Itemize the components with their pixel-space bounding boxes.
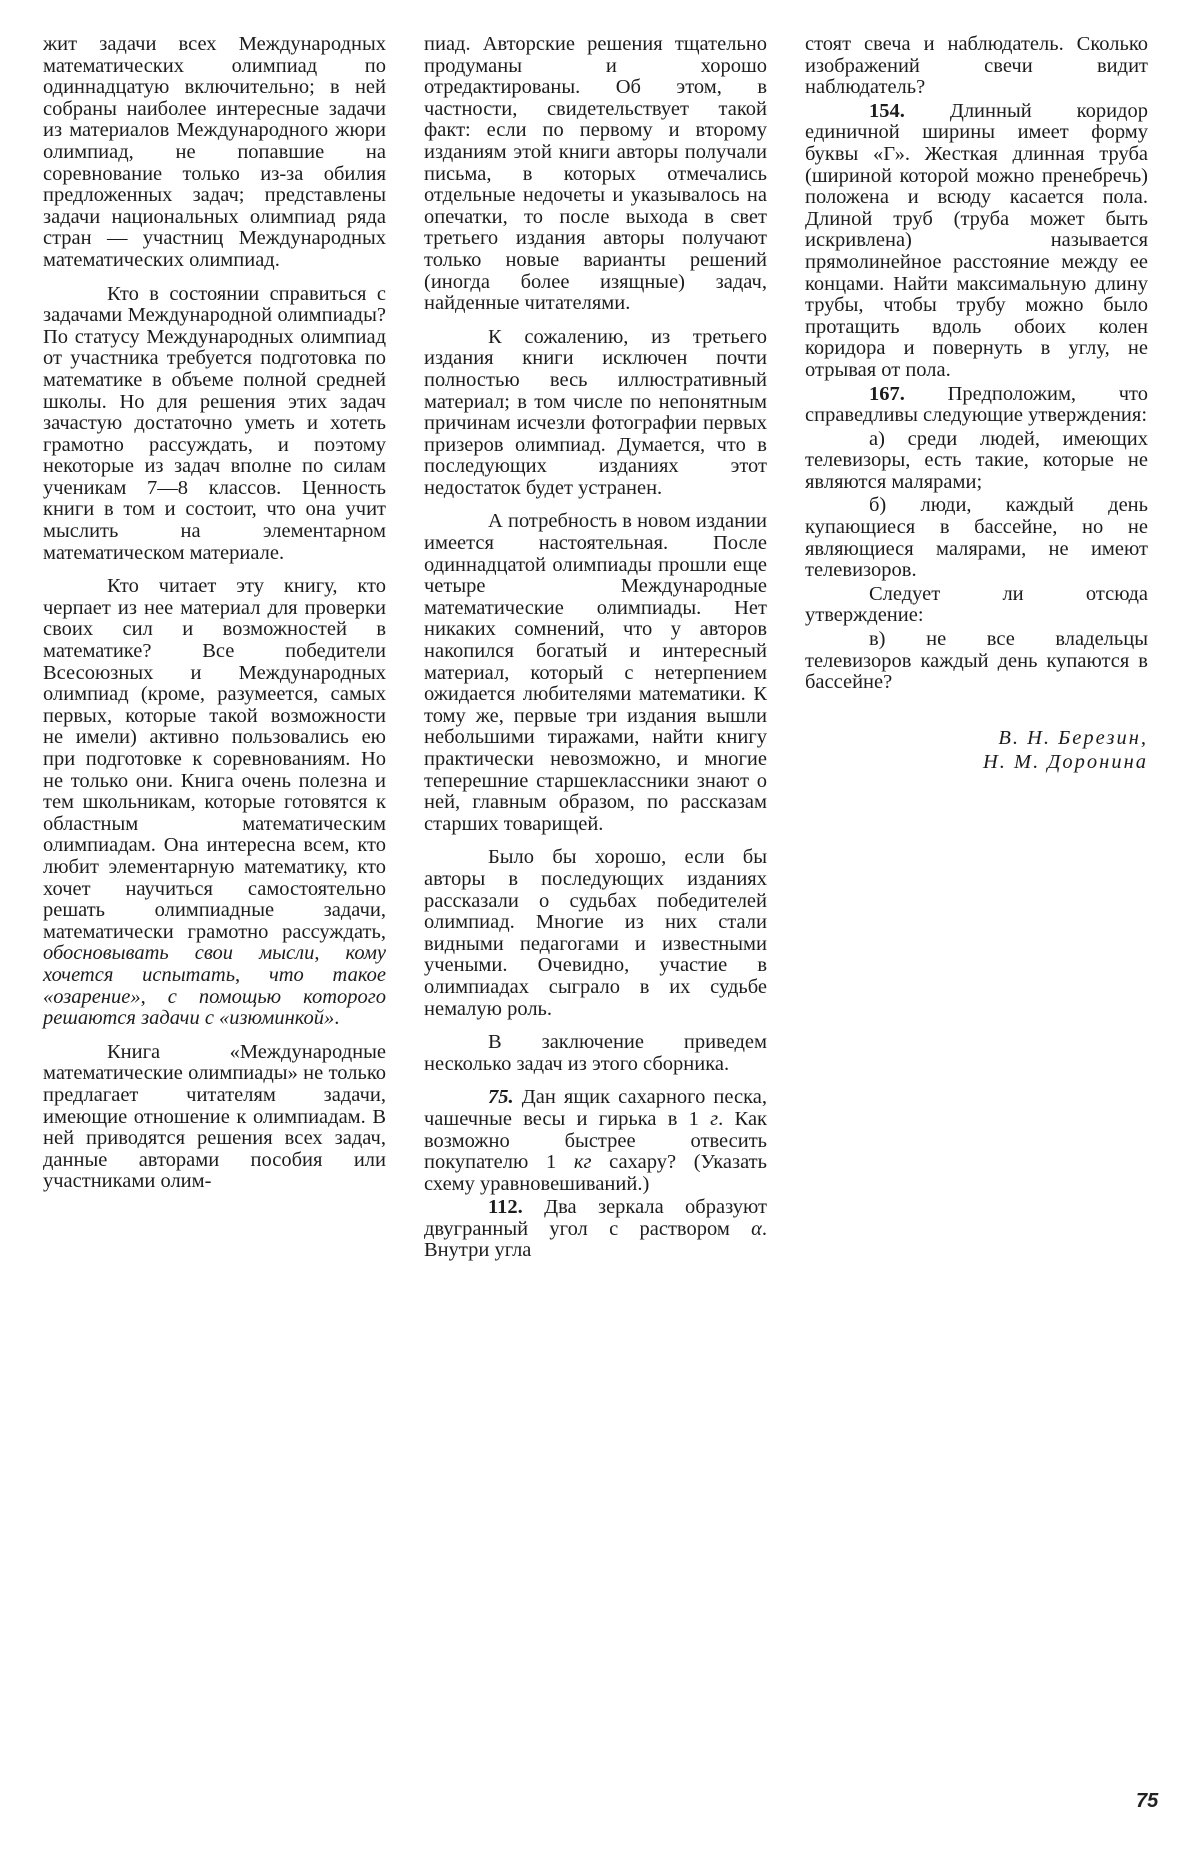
angle-variable: α [751, 1218, 762, 1240]
author-signature: В. Н. Березин, Н. М. Доронина [805, 726, 1148, 774]
question: Следует ли отсюда утверждение: [805, 584, 1148, 627]
statement-b: б) люди, каждый день купающиеся в бассей… [805, 495, 1148, 581]
problem-167: 167. Предположим, что справедливы следую… [805, 384, 1148, 427]
paragraph-text: Кто читает эту книгу, кто черпает из нее… [43, 575, 386, 943]
problem-text: Длинный коридор единичной ширины имеет ф… [805, 100, 1148, 381]
problem-112: 112. Два зеркала образуют двугранный уго… [424, 1197, 767, 1262]
statement-v: в) не все владельцы телевизоров каждый д… [805, 629, 1148, 694]
paragraph: Было бы хорошо, если бы авторы в последу… [424, 847, 767, 1020]
paragraph: Книга «Международные математические олим… [43, 1042, 386, 1193]
author-name: В. Н. Березин, [805, 726, 1148, 750]
problem-number: 75. [488, 1086, 514, 1108]
italic-phrase: обосновывать свои мысли [43, 942, 314, 964]
paragraph: К сожалению, из третьего издания книги и… [424, 327, 767, 500]
magazine-page: жит задачи всех Международных математиче… [0, 0, 1200, 1862]
paragraph-text: , [141, 986, 168, 1008]
column-left: жит задачи всех Международных математиче… [43, 34, 386, 1193]
paragraph-text: , [314, 942, 345, 964]
paragraph: А потребность в новом издании имеется на… [424, 511, 767, 835]
unit-kilogram: кг [574, 1151, 592, 1173]
author-name: Н. М. Доронина [805, 750, 1148, 774]
paragraph-text: . [334, 1007, 339, 1029]
unit-gram: г [710, 1108, 718, 1130]
problem-112-continuation: стоят свеча и наблюдатель. Сколько изобр… [805, 34, 1148, 99]
paragraph: пиад. Авторские решения тщательно продум… [424, 34, 767, 315]
problem-75: 75. Дан ящик сахарного песка, чашечные в… [424, 1087, 767, 1195]
paragraph: Кто читает эту книгу, кто черпает из нее… [43, 576, 386, 1029]
problem-number: 112. [488, 1196, 523, 1218]
column-middle: пиад. Авторские решения тщательно продум… [424, 34, 767, 1262]
statement-a: а) среди людей, имеющих телевизоры, есть… [805, 429, 1148, 494]
problem-number: 154. [869, 100, 905, 122]
paragraph: В заключение приведем несколько задач из… [424, 1032, 767, 1075]
column-right: стоят свеча и наблюдатель. Сколько изобр… [805, 34, 1148, 774]
paragraph: жит задачи всех Международных математиче… [43, 34, 386, 272]
problem-number: 167. [869, 383, 905, 405]
problem-text: Предположим, что справедливы следующие у… [805, 383, 1148, 427]
problem-text: Два зеркала образуют двугранный угол с р… [424, 1196, 767, 1240]
page-number: 75 [1136, 1790, 1158, 1813]
problem-154: 154. Длинный коридор единичной ширины им… [805, 101, 1148, 382]
paragraph: Кто в состоянии справиться с задачами Ме… [43, 284, 386, 565]
paragraph-text: , [235, 964, 269, 986]
